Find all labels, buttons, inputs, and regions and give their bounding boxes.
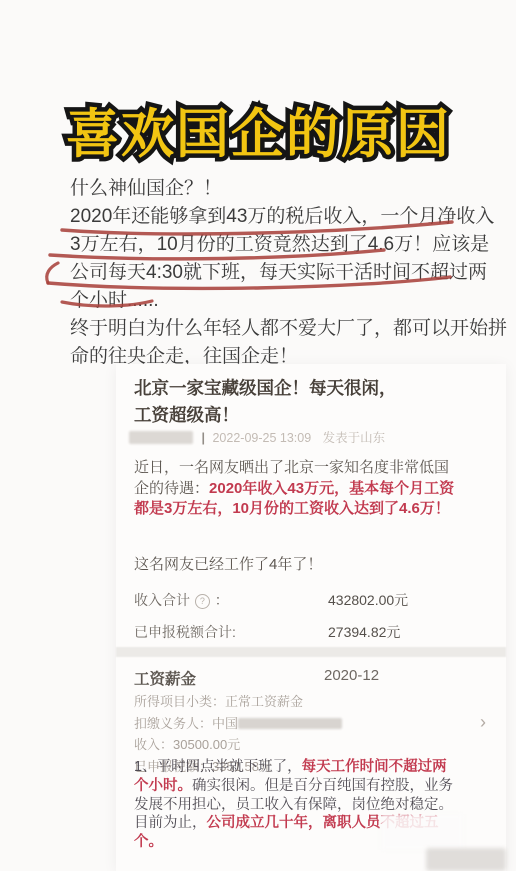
salary-row-withholding-agent: 扣缴义务人：中国 (134, 713, 490, 735)
post-meta: | 2022-09-25 13:09 发表于山东 (129, 428, 385, 446)
salary-card-title: 工资薪金 (134, 671, 196, 688)
smudge-patch (381, 814, 463, 850)
intro-text: 什么神仙国企？！ 2020年还能够拿到43万的税后收入，一个月净收入 3万左右，… (70, 175, 470, 371)
income-total-row: 收入合计 ? ： 432802.00元 (134, 590, 488, 610)
post-paragraph-intro: 近日，一名网友晒出了北京一家知名度非常低国企的待遇：2020年收入43万元，基本… (134, 458, 458, 520)
salary-row-income: 收入：30500.00元 (134, 734, 490, 756)
post-paragraph-tenure: 这名网友已经工作了4年了！ (134, 553, 322, 574)
declared-tax-value: 27394.82元 (328, 622, 400, 642)
underline-stroke (47, 263, 58, 283)
declared-tax-row: 已申报税额合计: 27394.82元 (134, 622, 488, 642)
intro-line: 2020年还能够拿到43万的税后收入，一个月净收入 (70, 203, 470, 231)
income-total-value: 432802.00元 (328, 590, 408, 610)
embedded-post-screenshot: 北京一家宝藏级国企！每天很闲， 工资超级高！ | 2022-09-25 13:0… (116, 364, 506, 871)
post-title-line: 工资超级高！ (134, 402, 397, 429)
income-total-colon: ： (215, 592, 229, 608)
section-divider (116, 647, 506, 657)
salary-card-header: 工资薪金 2020-12 (134, 667, 490, 691)
intro-line: 终于明白为什么年轻人都不爱大厂了，都可以开始拼 (70, 315, 470, 343)
withholding-agent-label: 扣缴义务人：中国 (134, 716, 238, 731)
intro-line: 公司每天4:30就下班，每天实际干活时间不超过两 (70, 259, 470, 287)
meta-separator: | (201, 431, 205, 445)
intro-line: 个小时...... (70, 287, 470, 315)
chevron-right-icon[interactable]: › (480, 713, 486, 731)
post-title-line: 北京一家宝藏级国企！每天很闲， (134, 375, 397, 402)
post-location: 发表于山东 (323, 431, 386, 445)
hero-title: 喜欢国企的原因 喜欢国企的原因 (66, 102, 451, 172)
declared-tax-label: 已申报税额合计: (134, 624, 236, 640)
watermark-blur (426, 848, 506, 871)
salary-period: 2020-12 (324, 667, 379, 684)
post-date: 2022-09-25 13:09 (212, 431, 311, 445)
salary-row-category: 所得项目小类：正常工资薪金 (134, 691, 490, 713)
post-title: 北京一家宝藏级国企！每天很闲， 工资超级高！ (134, 375, 397, 429)
author-name-blur (129, 431, 193, 444)
company-name-blur (238, 718, 342, 729)
income-total-label: 收入合计 (134, 592, 190, 608)
page: 喜欢国企的原因 喜欢国企的原因 什么神仙国企？！ 2020年还能够拿到43万的税… (0, 0, 516, 871)
intro-line: 3万左右，10月份的工资竟然达到了4.6万！应该是 (70, 231, 470, 259)
hero-title-text: 喜欢国企的原因 (66, 105, 451, 164)
intro-line: 什么神仙国企？！ (70, 175, 470, 203)
help-icon[interactable]: ? (195, 594, 210, 609)
